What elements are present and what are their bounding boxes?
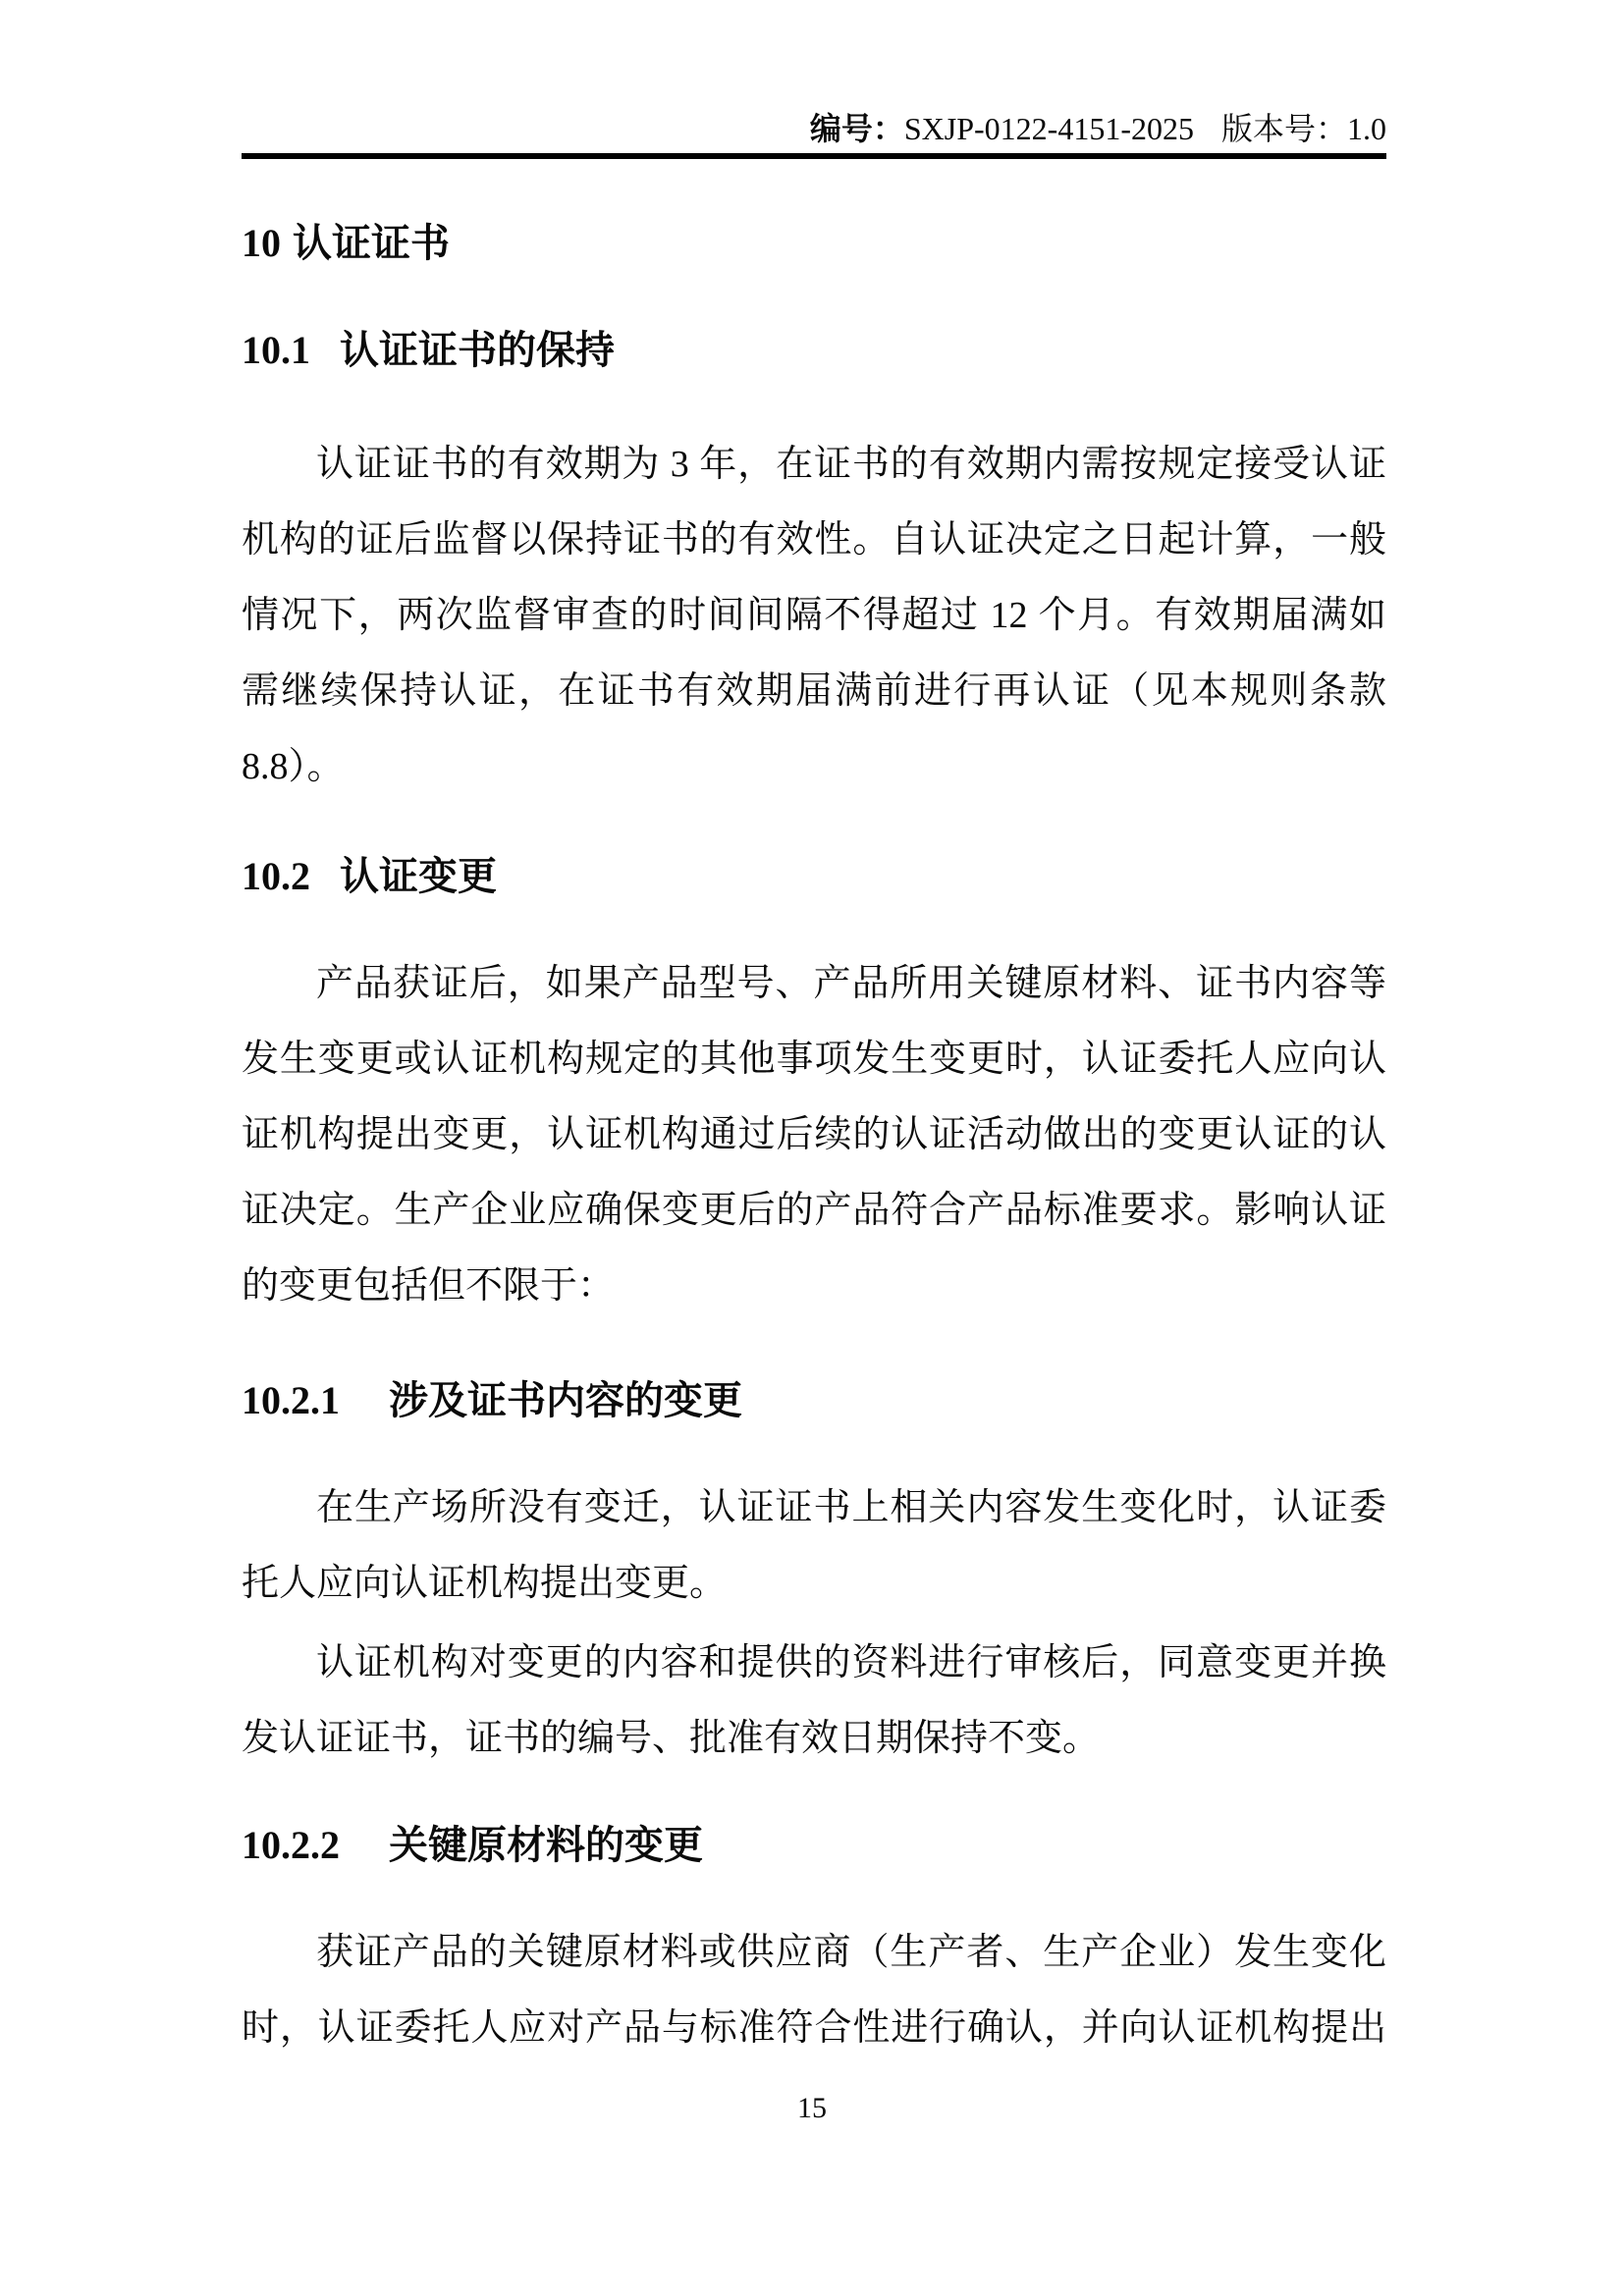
- paragraph-10-1: 认证证书的有效期为 3 年，在证书的有效期内需按规定接受认证机构的证后监督以保持…: [242, 427, 1386, 805]
- text-line: 认证机构对变更的内容和提供的资料进行审核后，同意变更并换: [242, 1626, 1386, 1701]
- heading-number: 10.2.1: [242, 1378, 340, 1422]
- text-line: 产品获证后，如果产品型号、产品所用关键原材料、证书内容等: [242, 946, 1386, 1022]
- text-line: 认证证书的有效期为 3 年，在证书的有效期内需按规定接受认证: [242, 427, 1386, 503]
- text-line: 证机构提出变更，认证机构通过后续的认证活动做出的变更认证的认: [242, 1097, 1386, 1173]
- heading-title: 认证证书的保持: [340, 328, 615, 372]
- text-line: 情况下，两次监督审查的时间间隔不得超过 12 个月。有效期届满如: [242, 578, 1386, 654]
- text-line: 在生产场所没有变迁，认证证书上相关内容发生变化时，认证委: [242, 1470, 1386, 1546]
- section-heading-10-2-1: 10.2.1涉及证书内容的变更: [242, 1376, 742, 1425]
- heading-title: 认证证书: [293, 221, 450, 265]
- text-line: 8.8）。: [242, 729, 1386, 805]
- version-value: 1.0: [1347, 111, 1386, 146]
- text-line: 证决定。生产企业应确保变更后的产品符合产品标准要求。影响认证: [242, 1173, 1386, 1249]
- doc-number-label: 编号：: [810, 111, 904, 146]
- section-heading-10: 10认证证书: [242, 219, 450, 268]
- paragraph-10-2-1-b: 认证机构对变更的内容和提供的资料进行审核后，同意变更并换发认证证书，证书的编号、…: [242, 1626, 1386, 1777]
- section-heading-10-2: 10.2认证变更: [242, 852, 497, 901]
- heading-title: 关键原材料的变更: [389, 1823, 703, 1867]
- heading-title: 涉及证书内容的变更: [389, 1378, 742, 1422]
- document-header: 编号：SXJP-0122-4151-2025版本号：1.0: [810, 109, 1386, 148]
- text-line: 需继续保持认证，在证书有效期届满前进行再认证（见本规则条款: [242, 654, 1386, 729]
- paragraph-10-2: 产品获证后，如果产品型号、产品所用关键原材料、证书内容等发生变更或认证机构规定的…: [242, 946, 1386, 1324]
- text-line: 的变更包括但不限于：: [242, 1249, 1386, 1324]
- heading-number: 10.2.2: [242, 1823, 340, 1867]
- heading-title: 认证变更: [340, 854, 497, 898]
- heading-number: 10.2: [242, 854, 310, 898]
- text-line: 时，认证委托人应对产品与标准符合性进行确认，并向认证机构提出: [242, 1991, 1386, 2066]
- text-line: 发生变更或认证机构规定的其他事项发生变更时，认证委托人应向认: [242, 1022, 1386, 1097]
- document-page: 编号：SXJP-0122-4151-2025版本号：1.0 10认证证书 10.…: [0, 0, 1624, 2296]
- heading-number: 10: [242, 221, 281, 265]
- section-heading-10-1: 10.1认证证书的保持: [242, 326, 615, 375]
- text-line: 机构的证后监督以保持证书的有效性。自认证决定之日起计算，一般: [242, 503, 1386, 578]
- text-line: 发认证证书，证书的编号、批准有效日期保持不变。: [242, 1701, 1386, 1777]
- header-rule: [242, 153, 1386, 159]
- doc-number-value: SXJP-0122-4151-2025: [904, 111, 1194, 146]
- version-group: 版本号：1.0: [1221, 111, 1386, 146]
- paragraph-10-2-2: 获证产品的关键原材料或供应商（生产者、生产企业）发生变化时，认证委托人应对产品与…: [242, 1915, 1386, 2066]
- section-heading-10-2-2: 10.2.2关键原材料的变更: [242, 1821, 703, 1870]
- text-line: 获证产品的关键原材料或供应商（生产者、生产企业）发生变化: [242, 1915, 1386, 1991]
- heading-number: 10.1: [242, 328, 310, 372]
- page-number: 15: [0, 2089, 1624, 2128]
- text-line: 托人应向认证机构提出变更。: [242, 1546, 1386, 1622]
- paragraph-10-2-1-a: 在生产场所没有变迁，认证证书上相关内容发生变化时，认证委托人应向认证机构提出变更…: [242, 1470, 1386, 1622]
- version-label: 版本号：: [1221, 111, 1347, 146]
